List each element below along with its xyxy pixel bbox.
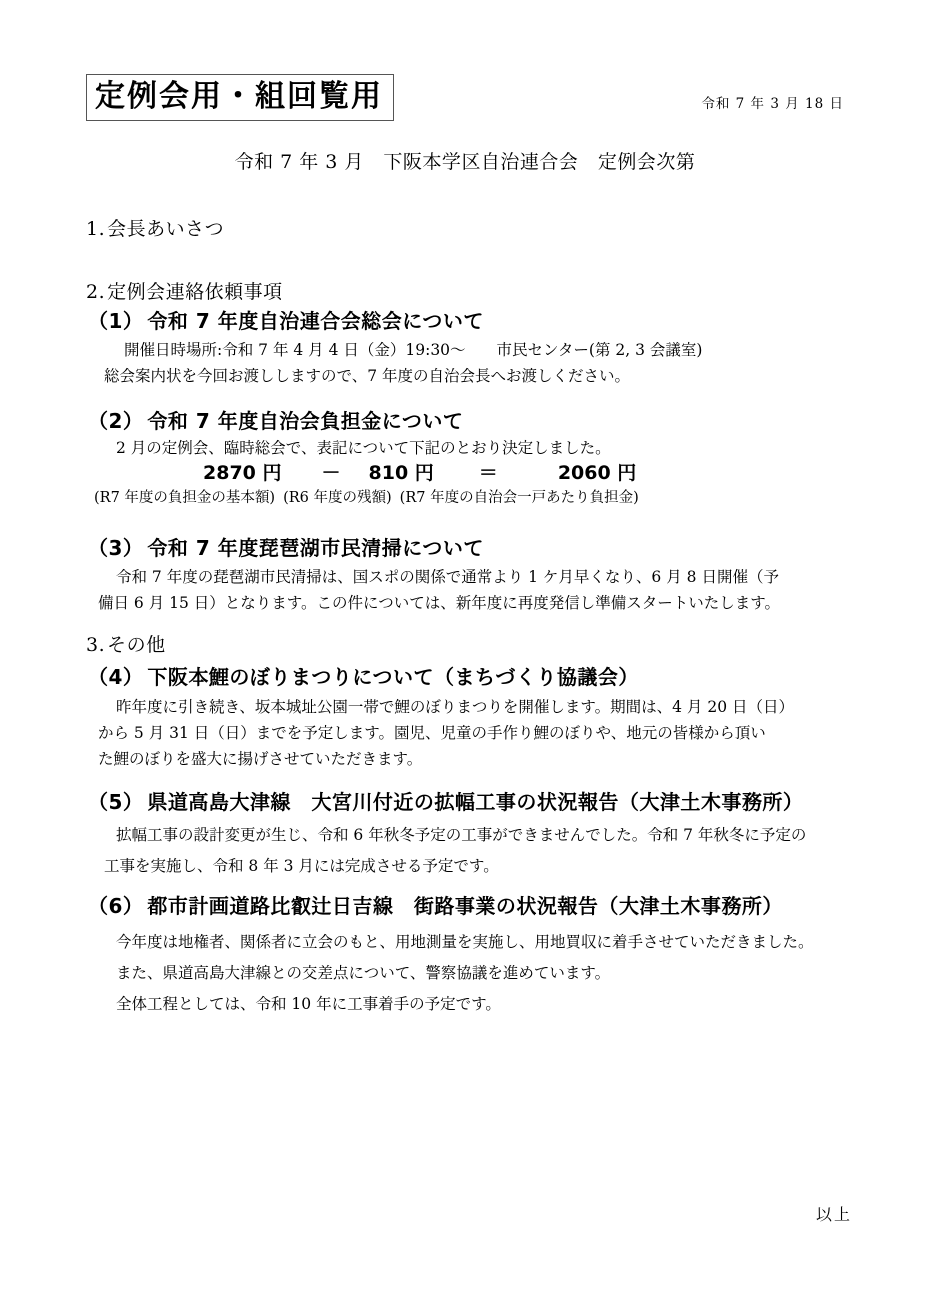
item-body: 令和 7 年度の琵琶湖市民清掃は、国スポの関係で通常より 1 ケ月早くなり、6 … [98, 564, 844, 616]
item-heading-text: 令和 7 年度自治会負担金について [147, 409, 463, 433]
minus-sign: － [322, 462, 341, 484]
section-number: 3. [86, 634, 105, 656]
item-heading: （2）令和 7 年度自治会負担金について [88, 407, 844, 435]
agenda-item-5: （5）県道高島大津線 大宮川付近の拡幅工事の状況報告（大津土木事務所） 拡幅工事… [86, 788, 844, 882]
document-page: 定例会用・組回覧用 令和 7 年 3 月 18 日 令和 7 年 3 月 下阪本… [0, 0, 928, 1312]
body-line: から 5 月 31 日（日）までを予定します。園児、児童の手作り鯉のぼりや、地元… [98, 720, 844, 746]
item-heading: （3）令和 7 年度琵琶湖市民清掃について [88, 534, 844, 562]
body-line: 備日 6 月 15 日）となります。この件については、新年度に再度発信し準備スタ… [98, 590, 844, 616]
item-heading: （5）県道高島大津線 大宮川付近の拡幅工事の状況報告（大津土木事務所） [88, 788, 844, 816]
body-line: 総会案内状を今回お渡ししますので、7 年度の自治会長へお渡しください。 [98, 363, 844, 389]
agenda-item-6: （6）都市計画道路比叡辻日吉線 街路事業の状況報告（大津土木事務所） 今年度は地… [86, 892, 844, 1020]
section-title: 定例会連絡依頼事項 [107, 281, 283, 303]
item-heading: （6）都市計画道路比叡辻日吉線 街路事業の状況報告（大津土木事務所） [88, 892, 844, 920]
formula-note: (R6 年度の残額) [283, 490, 392, 506]
section-heading-1: 1.会長あいさつ [86, 214, 844, 241]
item-heading: （4）下阪本鯉のぼりまつりについて（まちづくり協議会） [88, 663, 844, 691]
levy-formula: 2870 円－810 円＝2060 円 [98, 461, 844, 486]
body-line: 令和 7 年度の琵琶湖市民清掃は、国スポの関係で通常より 1 ケ月早くなり、6 … [98, 564, 844, 590]
formula-note: (R7 年度の自治会一戸あたり負担金) [400, 490, 639, 506]
body-line: 拡幅工事の設計変更が生じ、令和 6 年秋冬予定の工事ができませんでした。令和 7… [98, 820, 844, 851]
section-title: その他 [107, 634, 166, 656]
body-line: 工事を実施し、令和 8 年 3 月には完成させる予定です。 [98, 851, 844, 882]
item-label: （2） [88, 409, 143, 433]
body-line: た鯉のぼりを盛大に揚げさせていただきます。 [98, 746, 844, 772]
item-heading-text: 令和 7 年度琵琶湖市民清掃について [147, 536, 483, 560]
formula-result: 2060 円 [558, 462, 637, 484]
item-label: （3） [88, 536, 143, 560]
formula-subtrahend: 810 円 [369, 462, 434, 484]
item-body: 拡幅工事の設計変更が生じ、令和 6 年秋冬予定の工事ができませんでした。令和 7… [98, 820, 844, 882]
document-title: 令和 7 年 3 月 下阪本学区自治連合会 定例会次第 [86, 147, 844, 174]
agenda-item-3: （3）令和 7 年度琵琶湖市民清掃について 令和 7 年度の琵琶湖市民清掃は、国… [86, 534, 844, 616]
item-body: 昨年度に引き続き、坂本城址公園一帯で鯉のぼりまつりを開催します。期間は、4 月 … [98, 694, 844, 772]
issue-date: 令和 7 年 3 月 18 日 [701, 92, 844, 112]
section-heading-2: 2.定例会連絡依頼事項 [86, 277, 844, 304]
section-number: 2. [86, 281, 105, 303]
section-heading-3: 3.その他 [86, 630, 844, 657]
item-body: 今年度は地権者、関係者に立会のもと、用地測量を実施し、用地買収に着手させていただ… [98, 927, 844, 1020]
section-title: 会長あいさつ [107, 218, 224, 240]
equals-sign: ＝ [479, 462, 498, 484]
item-heading: （1）令和 7 年度自治連合会総会について [88, 307, 844, 335]
item-label: （1） [88, 309, 143, 333]
circulation-stamp: 定例会用・組回覧用 [86, 74, 394, 121]
page-header: 定例会用・組回覧用 令和 7 年 3 月 18 日 [86, 74, 844, 121]
body-line: 昨年度に引き続き、坂本城址公園一帯で鯉のぼりまつりを開催します。期間は、4 月 … [98, 694, 844, 720]
body-line: 開催日時場所:令和 7 年 4 月 4 日（金）19:30～ 市民センター(第 … [98, 337, 844, 363]
item-heading-text: 下阪本鯉のぼりまつりについて（まちづくり協議会） [147, 665, 638, 689]
closing-text: 以上 [816, 1202, 852, 1225]
item-label: （6） [88, 894, 143, 918]
agenda-item-4: （4）下阪本鯉のぼりまつりについて（まちづくり協議会） 昨年度に引き続き、坂本城… [86, 663, 844, 772]
body-line: 今年度は地権者、関係者に立会のもと、用地測量を実施し、用地買収に着手させていただ… [98, 927, 844, 958]
item-heading-text: 都市計画道路比叡辻日吉線 街路事業の状況報告（大津土木事務所） [147, 894, 783, 918]
item-heading-text: 県道高島大津線 大宮川付近の拡幅工事の状況報告（大津土木事務所） [147, 790, 803, 814]
item-label: （4） [88, 665, 143, 689]
section-number: 1. [86, 218, 105, 240]
formula-notes: (R7 年度の負担金の基本額)(R6 年度の残額)(R7 年度の自治会一戸あたり… [94, 486, 844, 510]
item-label: （5） [88, 790, 143, 814]
formula-minuend: 2870 円 [203, 462, 282, 484]
item-heading-text: 令和 7 年度自治連合会総会について [147, 309, 483, 333]
body-line: また、県道高島大津線との交差点について、警察協議を進めています。 [98, 958, 844, 989]
item-body: 開催日時場所:令和 7 年 4 月 4 日（金）19:30～ 市民センター(第 … [98, 337, 844, 389]
body-line: 全体工程としては、令和 10 年に工事着手の予定です。 [98, 989, 844, 1020]
agenda-item-1: （1）令和 7 年度自治連合会総会について 開催日時場所:令和 7 年 4 月 … [86, 307, 844, 389]
formula-note: (R7 年度の負担金の基本額) [94, 490, 275, 506]
agenda-item-2: （2）令和 7 年度自治会負担金について 2 月の定例会、臨時総会で、表記につい… [86, 407, 844, 510]
item-body: 2 月の定例会、臨時総会で、表記について下記のとおり決定しました。 [98, 435, 844, 461]
body-line: 2 月の定例会、臨時総会で、表記について下記のとおり決定しました。 [98, 435, 844, 461]
